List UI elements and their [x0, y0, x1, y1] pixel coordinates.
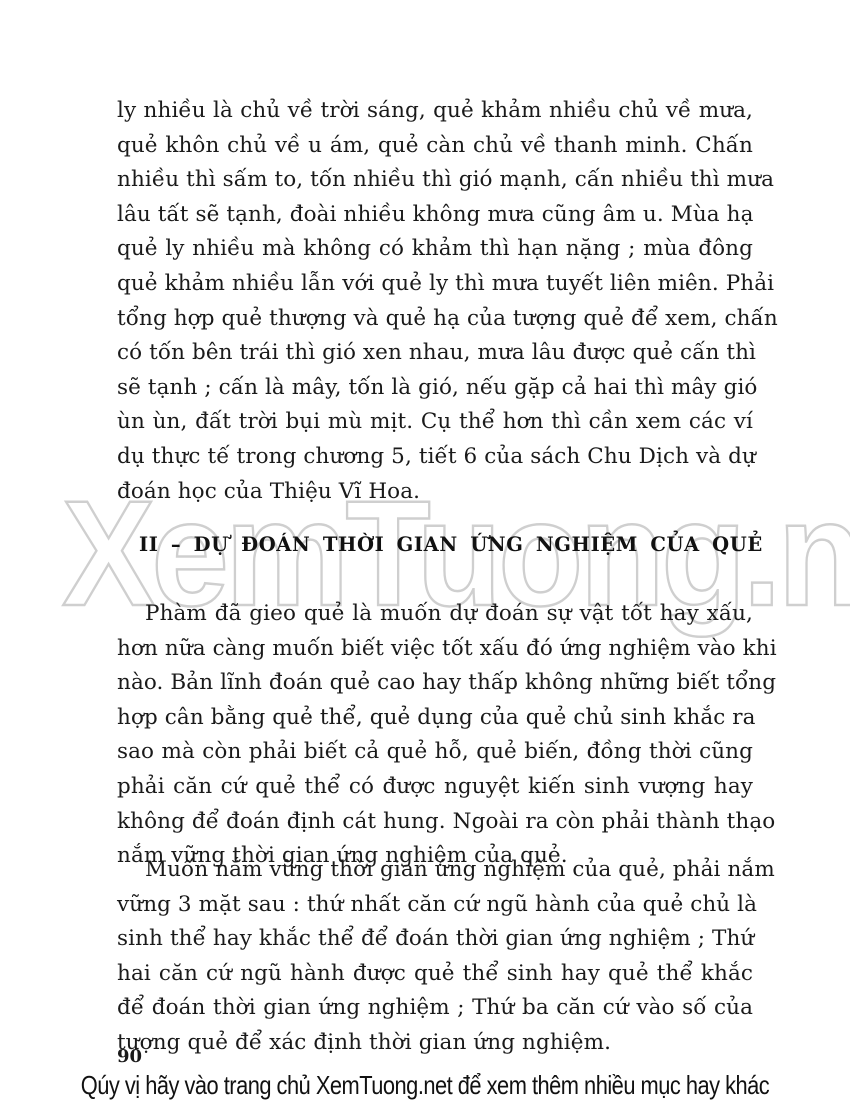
footer-promo-banner: Qúy vị hãy vào trang chủ XemTuong.net để…: [68, 1070, 782, 1101]
text-line: đoán học của Thiệu Vĩ Hoa.: [117, 475, 753, 510]
book-page: XemTuong.net ly nhiều là chủ về trời sán…: [0, 0, 850, 1113]
text-line: hơn nữa càng muốn biết việc tốt xấu đó ứ…: [117, 632, 753, 667]
text-line: quẻ khôn chủ về u ám, quẻ càn chủ về tha…: [117, 129, 753, 164]
text-line: sao mà còn phải biết cả quẻ hỗ, quẻ biến…: [117, 735, 753, 770]
text-line: quẻ khảm nhiều lẫn với quẻ ly thì mưa tu…: [117, 267, 753, 302]
paragraph-three-aspects: Muốn nắm vững thời gian ứng nghiệm của q…: [117, 853, 753, 1061]
text-line: ùn ùn, đất trời bụi mù mịt. Cụ thể hơn t…: [117, 405, 753, 440]
text-line: tượng quẻ để xác định thời gian ứng nghi…: [117, 1026, 753, 1061]
text-line: có tốn bên trái thì gió xen nhau, mưa lâ…: [117, 336, 753, 371]
page-number: 90: [117, 1046, 142, 1067]
text-line: dụ thực tế trong chương 5, tiết 6 của sá…: [117, 440, 753, 475]
text-line: quẻ ly nhiều mà không có khảm thì hạn nặ…: [117, 232, 753, 267]
text-line: sinh thể hay khắc thể để đoán thời gian …: [117, 922, 753, 957]
text-line: tổng hợp quẻ thượng và quẻ hạ của tượng …: [117, 302, 753, 337]
section-heading: II – DỰ ĐOÁN THỜI GIAN ỨNG NGHIỆM CỦA QU…: [139, 533, 763, 556]
text-line: Phàm đã gieo quẻ là muốn dự đoán sự vật …: [117, 597, 753, 632]
text-line: ly nhiều là chủ về trời sáng, quẻ khảm n…: [117, 94, 753, 129]
text-line: phải căn cứ quẻ thể có được nguyệt kiến …: [117, 770, 753, 805]
text-line: sẽ tạnh ; cấn là mây, tốn là gió, nếu gặ…: [117, 371, 753, 406]
text-line: để đoán thời gian ứng nghiệm ; Thứ ba că…: [117, 991, 753, 1026]
text-line: nhiều thì sấm to, tốn nhiều thì gió mạnh…: [117, 163, 753, 198]
text-line: lâu tất sẽ tạnh, đoài nhiều không mưa cũ…: [117, 198, 753, 233]
text-line: hợp cân bằng quẻ thể, quẻ dụng của quẻ c…: [117, 701, 753, 736]
text-line: Muốn nắm vững thời gian ứng nghiệm của q…: [117, 853, 753, 888]
text-line: vững 3 mặt sau : thứ nhất căn cứ ngũ hàn…: [117, 888, 753, 923]
text-line: không để đoán định cát hung. Ngoài ra cò…: [117, 805, 753, 840]
paragraph-weather-forecast: ly nhiều là chủ về trời sáng, quẻ khảm n…: [117, 94, 753, 509]
paragraph-intro-timing: Phàm đã gieo quẻ là muốn dự đoán sự vật …: [117, 597, 753, 874]
text-line: hai căn cứ ngũ hành được quẻ thể sinh ha…: [117, 957, 753, 992]
text-line: nào. Bản lĩnh đoán quẻ cao hay thấp khôn…: [117, 666, 753, 701]
